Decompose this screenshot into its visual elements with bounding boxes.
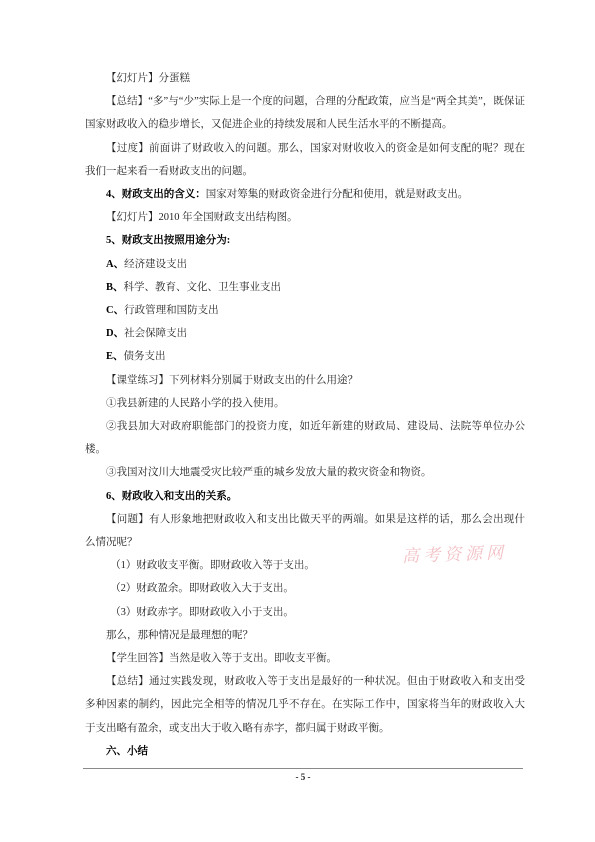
paragraph: （2）财政盈余。即财政收入大于支出。 (85, 577, 525, 600)
text-run: 国家对筹集的财政资金进行分配和使用，就是财政支出。 (206, 189, 469, 200)
paragraph: 【总结】通过实践发现，财政收入等于支出是最好的一种状况。但由于财政收入和支出受多… (85, 670, 525, 740)
paragraph: 那么，那种情况是最理想的呢？ (85, 624, 525, 647)
text-run: E、 (106, 351, 124, 362)
paragraph: 6、财政收入和支出的关系。 (85, 485, 525, 508)
paragraph: 六、小结 (85, 740, 525, 763)
paragraph: 4、财政支出的含义：国家对筹集的财政资金进行分配和使用，就是财政支出。 (85, 183, 525, 206)
paragraph: 【幻灯片】2010 年全国财政支出结构图。 (85, 206, 525, 229)
text-run: 经济建设支出 (124, 259, 187, 270)
paragraph: 【总结】“多”与“少”实际上是一个度的问题，合理的分配政策，应当是“两全其美”，… (85, 90, 525, 136)
text-run: 科学、教育、文化、卫生事业支出 (124, 282, 282, 293)
text-run: 六、小结 (106, 746, 148, 757)
text-run: 债务支出 (124, 351, 166, 362)
text-run: C、 (106, 305, 124, 316)
text-run: 行政管理和国防支出 (124, 305, 219, 316)
text-run: （3）财政赤字。即财政收入小于支出。 (110, 607, 294, 618)
paragraph: ①我县新建的人民路小学的投入使用。 (85, 392, 525, 415)
text-run: 【课堂练习】下列材料分别属于财政支出的什么用途？ (106, 375, 358, 386)
text-run: B、 (106, 282, 124, 293)
document-page: 【幻灯片】分蛋糕【总结】“多”与“少”实际上是一个度的问题，合理的分配政策，应当… (0, 0, 595, 842)
paragraph: 【幻灯片】分蛋糕 (85, 67, 525, 90)
text-run: 【学生回答】当然是收入等于支出。即收支平衡。 (106, 653, 337, 664)
paragraph: 5、财政支出按照用途分为: (85, 229, 525, 252)
text-run: 【总结】通过实践发现，财政收入等于支出是最好的一种状况。但由于财政收入和支出受多… (85, 676, 525, 733)
text-run: 【幻灯片】分蛋糕 (106, 73, 190, 84)
paragraph: D、社会保障支出 (85, 322, 525, 345)
text-run: ①我县新建的人民路小学的投入使用。 (106, 398, 285, 409)
paragraph: （1）财政收支平衡。即财政收入等于支出。 (85, 554, 525, 577)
text-run: 那么，那种情况是最理想的呢？ (106, 630, 253, 641)
text-run: D、 (106, 328, 124, 339)
paragraph: E、债务支出 (85, 345, 525, 368)
text-run: 社会保障支出 (124, 328, 187, 339)
text-run: 【幻灯片】2010 年全国财政支出结构图。 (106, 212, 298, 223)
paragraph: ③我国对汶川大地震受灾比较严重的城乡发放大量的救灾资金和物资。 (85, 461, 525, 484)
text-run: 【总结】“多”与“少”实际上是一个度的问题，合理的分配政策，应当是“两全其美”，… (85, 96, 525, 130)
text-run: A、 (106, 259, 124, 270)
paragraph: B、科学、教育、文化、卫生事业支出 (85, 276, 525, 299)
paragraph: ②我县加大对政府职能部门的投资力度，如近年新建的财政局、建设局、法院等单位办公楼… (85, 415, 525, 461)
text-run: 5、财政支出按照用途分为: (106, 235, 230, 246)
footer-divider (83, 768, 523, 769)
text-run: 【过度】前面讲了财政收入的问题。那么，国家对财收收入的资金是如何支配的呢？现在我… (85, 143, 525, 177)
document-body: 【幻灯片】分蛋糕【总结】“多”与“少”实际上是一个度的问题，合理的分配政策，应当… (85, 67, 525, 763)
text-run: （1）财政收支平衡。即财政收入等于支出。 (110, 560, 315, 571)
text-run: （2）财政盈余。即财政收入大于支出。 (110, 583, 294, 594)
paragraph: （3）财政赤字。即财政收入小于支出。 (85, 601, 525, 624)
paragraph: 【过度】前面讲了财政收入的问题。那么，国家对财收收入的资金是如何支配的呢？现在我… (85, 137, 525, 183)
paragraph: 【问题】有人形象地把财政收入和支出比做天平的两端。如果是这样的话，那么会出现什么… (85, 508, 525, 554)
text-run: 4、财政支出的含义： (106, 189, 206, 200)
text-run: 6、财政收入和支出的关系。 (106, 491, 237, 502)
page-number: - 5 - (83, 770, 523, 784)
text-run: ③我国对汶川大地震受灾比较严重的城乡发放大量的救灾资金和物资。 (106, 467, 432, 478)
paragraph: C、行政管理和国防支出 (85, 299, 525, 322)
text-run: ②我县加大对政府职能部门的投资力度，如近年新建的财政局、建设局、法院等单位办公楼… (85, 421, 525, 455)
paragraph: 【课堂练习】下列材料分别属于财政支出的什么用途？ (85, 369, 525, 392)
paragraph: A、经济建设支出 (85, 253, 525, 276)
text-run: 【问题】有人形象地把财政收入和支出比做天平的两端。如果是这样的话，那么会出现什么… (85, 514, 525, 548)
paragraph: 【学生回答】当然是收入等于支出。即收支平衡。 (85, 647, 525, 670)
